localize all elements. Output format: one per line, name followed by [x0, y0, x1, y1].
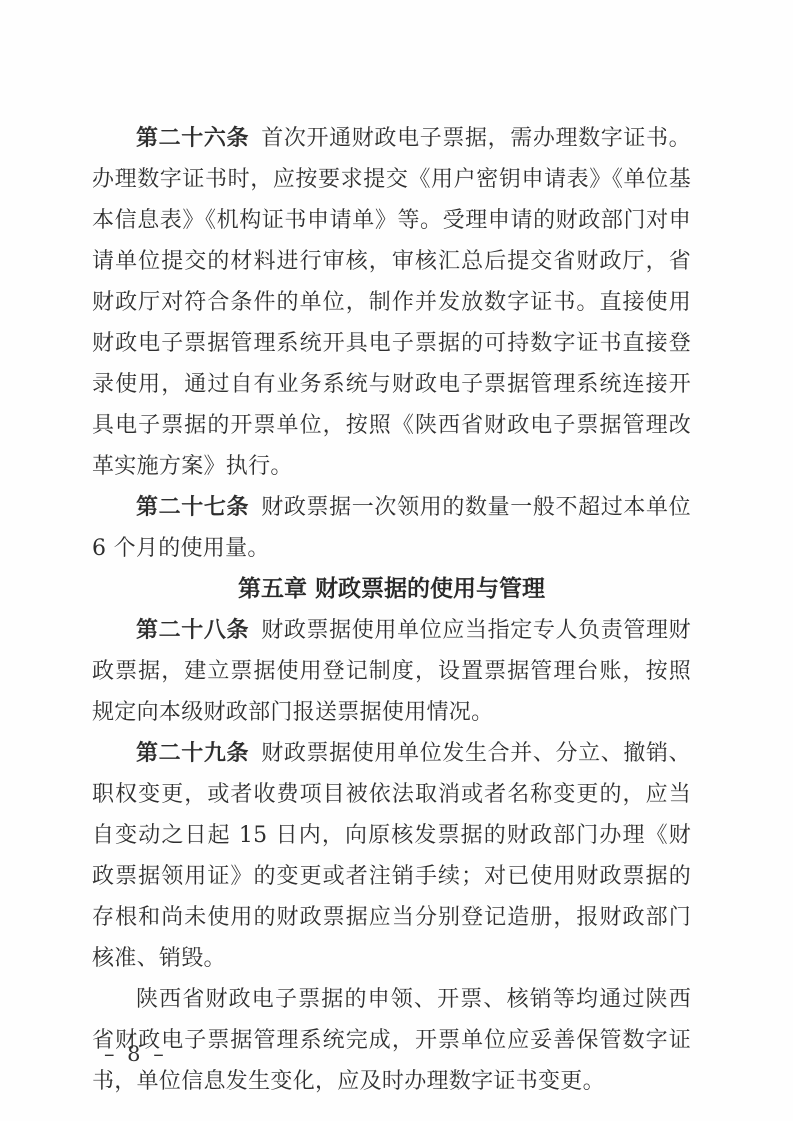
article-29-number: 第二十九条	[136, 741, 249, 766]
article-26-paragraph: 第二十六条首次开通财政电子票据，需办理数字证书。办理数字证书时，应按要求提交《用…	[92, 118, 691, 487]
article-29-paragraph: 第二十九条财政票据使用单位发生合并、分立、撤销、职权变更，或者收费项目被依法取消…	[92, 733, 691, 979]
document-body: 第二十六条首次开通财政电子票据，需办理数字证书。办理数字证书时，应按要求提交《用…	[92, 118, 691, 1102]
article-27-paragraph: 第二十七条财政票据一次领用的数量一般不超过本单位 6 个月的使用量。	[92, 487, 691, 569]
document-page: 第二十六条首次开通财政电子票据，需办理数字证书。办理数字证书时，应按要求提交《用…	[0, 0, 793, 1121]
chapter-5-heading: 第五章 财政票据的使用与管理	[92, 569, 691, 610]
page-number: – 8 –	[104, 1044, 167, 1065]
closing-paragraph-text: 陕西省财政电子票据的申领、开票、核销等均通过陕西省财政电子票据管理系统完成，开票…	[92, 987, 691, 1094]
article-27-number: 第二十七条	[136, 495, 249, 520]
article-26-text: 首次开通财政电子票据，需办理数字证书。办理数字证书时，应按要求提交《用户密钥申请…	[92, 126, 691, 479]
closing-paragraph: 陕西省财政电子票据的申领、开票、核销等均通过陕西省财政电子票据管理系统完成，开票…	[92, 979, 691, 1102]
article-26-number: 第二十六条	[136, 126, 249, 151]
article-29-text: 财政票据使用单位发生合并、分立、撤销、职权变更，或者收费项目被依法取消或者名称变…	[92, 741, 691, 971]
article-28-number: 第二十八条	[136, 618, 249, 643]
article-28-paragraph: 第二十八条财政票据使用单位应当指定专人负责管理财政票据，建立票据使用登记制度，设…	[92, 610, 691, 733]
